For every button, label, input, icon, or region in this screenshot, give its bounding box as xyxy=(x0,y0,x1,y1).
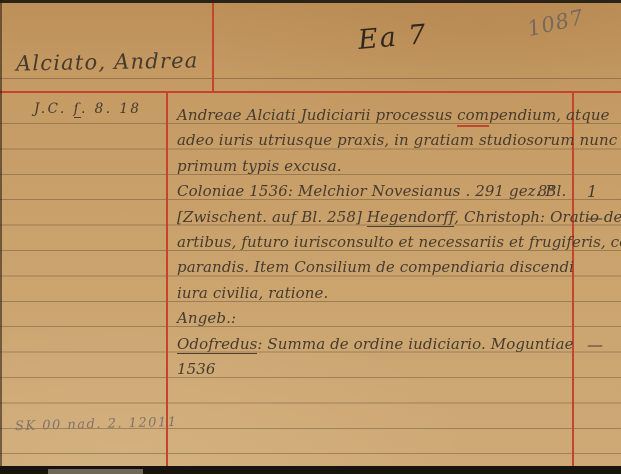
text-segment: : Summa de ordine iudiciario. Moguntiae xyxy=(257,335,573,353)
copy-count-mark xyxy=(574,157,621,182)
author-heading: Alciato, Andrea xyxy=(16,48,199,75)
body-line: Angeb.: xyxy=(177,309,569,334)
body-line: 1536 xyxy=(177,360,569,385)
divider-horizontal xyxy=(0,91,621,93)
copy-count-mark xyxy=(574,360,621,385)
text-segment: primum typis excusa. xyxy=(177,157,342,175)
text-segment: adeo iuris utriusque praxis, in gratiam … xyxy=(177,131,617,149)
copy-count-mark xyxy=(574,106,621,131)
body-line: adeo iuris utriusque praxis, in gratiam … xyxy=(177,131,569,156)
text-segment: . 8. 18 xyxy=(81,101,141,117)
body-line: Coloniae 1536: Melchior Novesianus . 291… xyxy=(177,182,569,207)
text-segment: J.C. xyxy=(34,101,74,117)
copy-count-mark xyxy=(574,131,621,156)
body-line: artibus, futuro iurisconsulto et necessa… xyxy=(177,233,569,258)
text-segment: [Zwischent. auf Bl. 258] xyxy=(177,208,367,226)
scan-edge-left xyxy=(0,0,2,474)
call-number: J.C. ſ. 8. 18 xyxy=(34,101,142,117)
scan-edge-top xyxy=(0,0,621,3)
text-segment: Angeb.: xyxy=(177,309,236,327)
copy-count-mark xyxy=(574,284,621,309)
body-line: [Zwischent. auf Bl. 258] Hegendorff, Chr… xyxy=(177,208,569,233)
shelfmark-signature: Ea 7 xyxy=(357,19,429,56)
ruled-line-heading xyxy=(0,78,621,79)
text-segment: Coloniae 1536: Melchior Novesianus . 291… xyxy=(177,182,566,200)
copy-count-mark xyxy=(574,258,621,283)
text-segment: com xyxy=(457,106,489,127)
copy-count-column: 1—— xyxy=(574,106,621,385)
body-line: parandis. Item Consilium de compendiaria… xyxy=(177,258,569,283)
body-line: primum typis excusa. xyxy=(177,157,569,182)
text-segment: Hegendorff xyxy=(367,208,454,227)
copy-count-mark: 1 xyxy=(574,182,621,207)
body-line: iura civilia, ratione. xyxy=(177,284,569,309)
divider-vertical-header xyxy=(212,0,214,92)
bibliographic-entry: Andreae Alciati Judiciarii processus com… xyxy=(177,106,569,385)
format-designation: 8° xyxy=(538,182,555,200)
text-segment: 1536 xyxy=(177,360,216,378)
text-segment: Andreae Alciati Judiciarii processus xyxy=(177,106,457,124)
text-segment: parandis. Item Consilium de compendiaria… xyxy=(177,258,574,276)
copy-count-mark: — xyxy=(574,208,621,233)
copy-count-mark: — xyxy=(574,335,621,360)
copy-count-mark xyxy=(574,309,621,334)
body-line: Odofredus: Summa de ordine iudiciario. M… xyxy=(177,335,569,360)
text-segment: artibus, futuro iurisconsulto et necessa… xyxy=(177,233,621,251)
copy-count-mark xyxy=(574,233,621,258)
scan-edge-bottom-highlight xyxy=(48,469,143,474)
catalog-card-scan: 1087 Ea 7 Alciato, Andrea J.C. ſ. 8. 18 … xyxy=(0,0,621,474)
text-segment: iura civilia, ratione. xyxy=(177,284,328,302)
text-segment: ſ xyxy=(74,101,82,118)
divider-vertical-left-column xyxy=(166,91,168,467)
text-segment: Odofredus xyxy=(177,335,257,354)
body-line: Andreae Alciati Judiciarii processus com… xyxy=(177,106,569,131)
